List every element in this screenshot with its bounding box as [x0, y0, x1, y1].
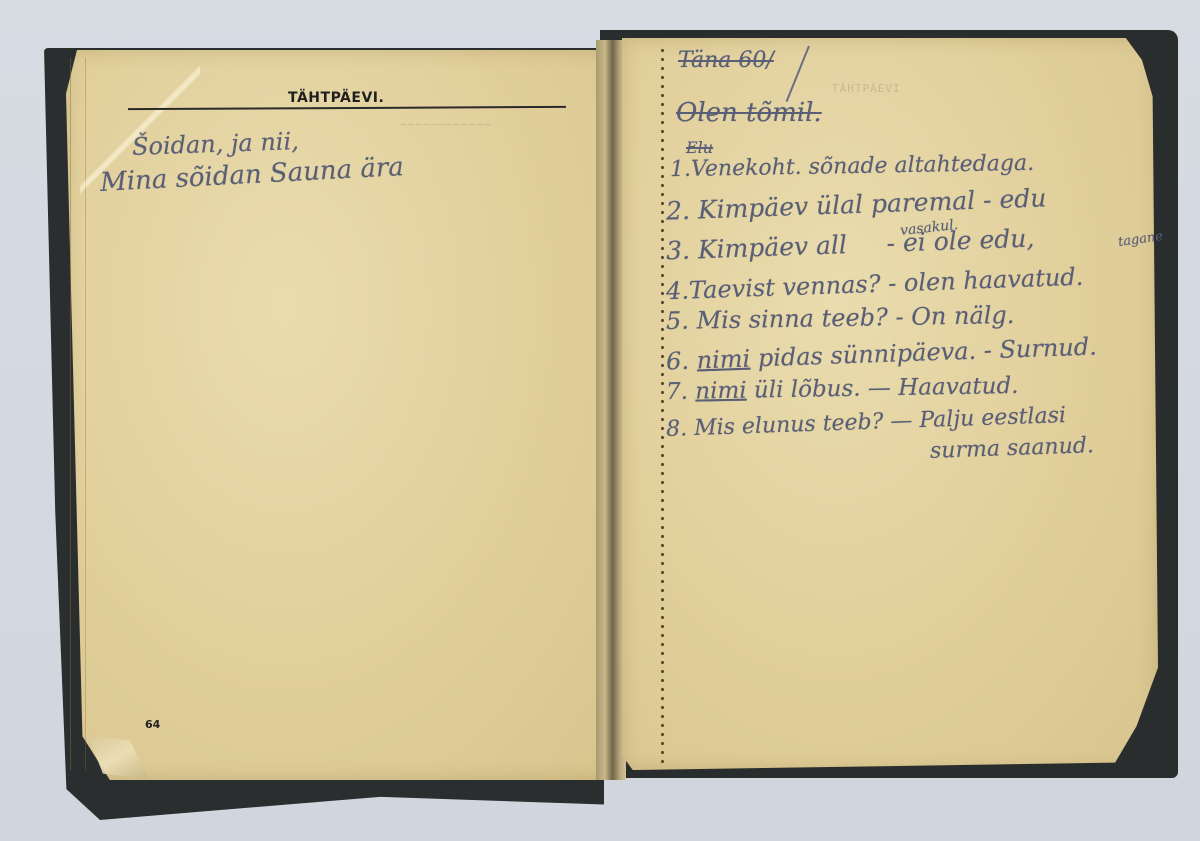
notebook-spine: [596, 40, 626, 780]
ghost-print-right: TÄHTPÄEVI: [832, 82, 901, 95]
handwriting-line-1: Šoidan, ja nii,: [132, 127, 300, 161]
entry-number: 3.: [666, 236, 691, 266]
entry-underlined-word: nimi: [696, 345, 751, 375]
entry-text: Kimpäev all: [697, 230, 847, 264]
entry-underlined-word: nimi: [695, 378, 747, 405]
struck-line-2: Olen tõmil.: [676, 98, 822, 128]
entry-text: Mis sinna teeb? - On nälg.: [696, 301, 1014, 335]
struck-line-1: Täna 60/: [678, 48, 774, 73]
struck-line-3: Elu: [686, 138, 713, 157]
printed-heading: TÄHTPÄEVI.: [288, 90, 384, 106]
entry-number: 2.: [666, 196, 691, 226]
entry-number: 8.: [666, 416, 688, 442]
entry-number: 1.: [670, 157, 691, 182]
page-number: 64: [145, 718, 160, 731]
entry-text: üli lõbus. — Haavatud.: [754, 373, 1019, 404]
entry-number: 7.: [666, 379, 688, 405]
entry-number: 5.: [666, 307, 689, 335]
entry-number: 4.: [666, 276, 690, 305]
ghost-print-left: ~~~~~~~~~~~~: [400, 118, 491, 131]
entry-number: 6.: [666, 347, 690, 376]
perforation-holes: [660, 46, 665, 768]
